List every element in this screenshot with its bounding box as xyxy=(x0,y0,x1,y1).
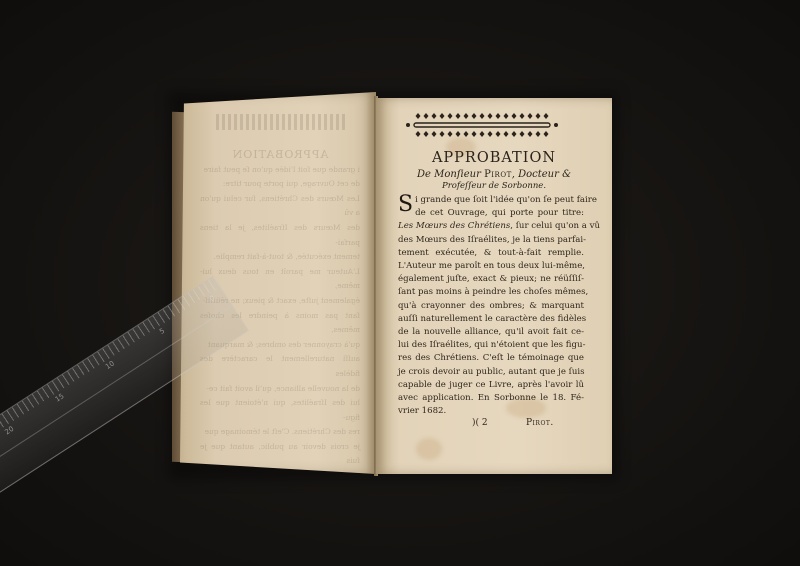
bleed-line: auſſi naturellement le caractère des fid… xyxy=(200,352,360,381)
text-line: également juſte, exact & pieux; ne réüſſ… xyxy=(398,273,584,286)
bleed-line: L'Auteur me paroît en tous deux lui-même… xyxy=(200,265,360,294)
bleed-line: de cet Ouvrage, qui porte pour titre: xyxy=(200,177,360,192)
page-title: APPROBATION xyxy=(376,150,612,166)
bleed-line: de la nouvelle alliance, qu'il avoit fai… xyxy=(200,382,360,397)
text-line: lui des Iſraélites, qui n'étoient que le… xyxy=(398,339,584,352)
ruler-label: 5 xyxy=(158,327,166,336)
subtitle-prefix: De Monſieur xyxy=(417,169,484,180)
text-line: vrier 1682. xyxy=(398,405,584,418)
text-line: i grande que ſoit l'idée qu'on ſe peut f… xyxy=(398,194,584,207)
bleed-line: des Mœurs des Iſraélites, je la tiens pa… xyxy=(200,221,360,250)
signature-mark: )( 2 xyxy=(472,418,488,428)
bleed-line: res des Chrétiens. C'eſt le témoinage qu… xyxy=(200,425,360,440)
drop-cap: S xyxy=(398,196,413,214)
ruler-label: 20 xyxy=(3,425,15,437)
left-page-title: APPROBATION xyxy=(200,148,360,163)
bleed-line: vrier 1682. xyxy=(200,498,360,513)
bleed-line: avec application. En Sorbonne le 18. Fé- xyxy=(200,484,360,499)
fleuron-ornament-icon xyxy=(404,112,560,138)
text-line: Les Mœurs des Chrétiens, ſur celui qu'on… xyxy=(398,220,584,233)
right-page: APPROBATION De Monſieur Pirot, Docteur &… xyxy=(376,98,612,474)
text-line: qu'à crayonner des ombres; & marquant xyxy=(398,300,584,313)
foxing-stain xyxy=(416,438,442,460)
author-name: Pirot xyxy=(484,169,512,180)
bleed-line: Les Mœurs des Chrétiens, ſur celui qu'on… xyxy=(200,192,360,221)
text-line: avec application. En Sorbonne le 18. Fé- xyxy=(398,392,584,405)
text-line: capable de juger ce Livre, après l'avoir… xyxy=(398,379,584,392)
approbation-text: S i grande que ſoit l'idée qu'on ſe peut… xyxy=(398,194,584,418)
text-line: je crois devoir au public, autant que je… xyxy=(398,366,584,379)
bleed-line: je crois devoir au public, autant que je… xyxy=(200,440,360,469)
bleed-line: lui des Iſraélites, qui n'étoient que le… xyxy=(200,396,360,425)
text-line: de cet Ouvrage, qui porte pour titre: xyxy=(398,207,584,220)
text-line: tement exécutée, & tout-à-fait remplie. xyxy=(398,247,584,260)
text-line: ſant pas moins à peindre les choſes même… xyxy=(398,286,584,299)
ornament-icon xyxy=(215,114,345,130)
bleed-line: tement exécutée, & tout-à-fait remplie. xyxy=(200,250,360,265)
ruler-label: 15 xyxy=(54,392,66,404)
page-subtitle-line2: Profeſſeur de Sorbonne. xyxy=(376,181,612,192)
subtitle-suffix: , Docteur & xyxy=(512,169,571,180)
bleed-line: i grande que ſoit l'idée qu'on ſe peut f… xyxy=(200,163,360,178)
text-line: L'Auteur me paroît en tous deux lui-même… xyxy=(398,260,584,273)
signature-name: Pirot. xyxy=(526,418,554,428)
page-subtitle: De Monſieur Pirot, Docteur & xyxy=(376,169,612,180)
ruler-label: 0 xyxy=(208,294,216,303)
text-line: res des Chrétiens. C'eſt le témoinage qu… xyxy=(398,352,584,365)
ruler-label: 10 xyxy=(104,359,116,371)
text-line: auſſi naturellement le caractère des fid… xyxy=(398,313,584,326)
text-line: des Mœurs des Iſraélites, je la tiens pa… xyxy=(398,234,584,247)
text-line: de la nouvelle alliance, qu'il avoit fai… xyxy=(398,326,584,339)
